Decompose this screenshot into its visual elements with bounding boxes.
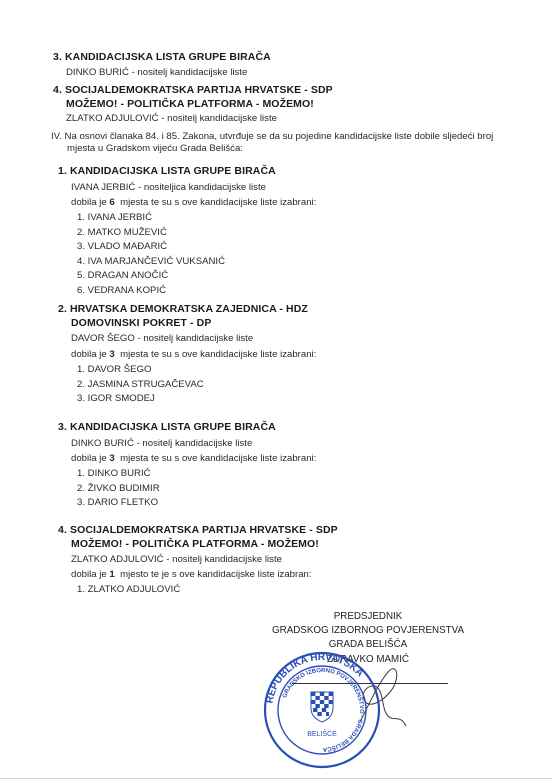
- top-list-4-holder: ZLATKO ADJULOVIĆ - nositelj kandidacijsk…: [66, 113, 277, 124]
- top-list-4-title-line1: 4. SOCIJALDEMOKRATSKA PARTIJA HRVATSKE -…: [53, 84, 333, 96]
- svg-text:BELIŠĆE: BELIŠĆE: [307, 729, 337, 738]
- elected-member: 1. ZLATKO ADJULOVIĆ: [77, 583, 180, 598]
- list-2-title-line2: DOMOVINSKI POKRET - DP: [71, 317, 211, 329]
- elected-member: 1. DAVOR ŠEGO: [77, 363, 204, 378]
- signature-body: GRADSKOG IZBORNOG POVJERENSTVA: [253, 624, 483, 638]
- elected-member: 2. JASMINA STRUGAČEVAC: [77, 378, 204, 393]
- elected-member: 5. DRAGAN ANOČIĆ: [77, 269, 225, 284]
- elected-member: 2. MATKO MUŽEVIĆ: [77, 226, 225, 241]
- elected-member: 6. VEDRANA KOPIĆ: [77, 284, 225, 299]
- list-2-elected: 1. DAVOR ŠEGO 2. JASMINA STRUGAČEVAC 3. …: [77, 363, 204, 407]
- list-4-elected: 1. ZLATKO ADJULOVIĆ: [77, 583, 180, 598]
- list-4-holder: ZLATKO ADJULOVIĆ - nositelj kandidacijsk…: [71, 554, 282, 565]
- list-3-seats: dobila je 3 mjesta te su s ove kandidaci…: [71, 453, 316, 464]
- list-2-holder: DAVOR ŠEGO - nositelj kandidacijske list…: [71, 333, 253, 344]
- section-iv-intro-line2: mjesta u Gradskom vijeću Grada Belišća:: [67, 143, 243, 154]
- signature-title: PREDSJEDNIK: [253, 610, 483, 624]
- list-2-seats: dobila je 3 mjesta te su s ove kandidaci…: [71, 349, 316, 360]
- elected-member: 4. IVA MARJANČEVIĆ VUKSANIĆ: [77, 255, 225, 270]
- list-1-seats: dobila je 6 mjesta te su s ove kandidaci…: [71, 197, 316, 208]
- elected-member: 3. VLADO MAĐARIĆ: [77, 240, 225, 255]
- list-4-seats: dobila je 1 mjesto te je s ove kandidaci…: [71, 569, 312, 580]
- top-list-3-title: 3. KANDIDACIJSKA LISTA GRUPE BIRAČA: [53, 51, 271, 63]
- list-4-title-line2: MOŽEMO! - POLITIČKA PLATFORMA - MOŽEMO!: [71, 538, 319, 550]
- elected-member: 1. DINKO BURIĆ: [77, 467, 160, 482]
- elected-member: 1. IVANA JERBIĆ: [77, 211, 225, 226]
- official-stamp-icon: REPUBLIKA HRVATSKA GRADSKO IZBORNO POVJE…: [262, 650, 382, 770]
- document-page: 3. KANDIDACIJSKA LISTA GRUPE BIRAČA DINK…: [0, 0, 552, 779]
- elected-member: 2. ŽIVKO BUDIMIR: [77, 482, 160, 497]
- list-4-title-line1: 4. SOCIJALDEMOKRATSKA PARTIJA HRVATSKE -…: [58, 524, 338, 536]
- elected-member: 3. DARIO FLETKO: [77, 496, 160, 511]
- top-list-4-title-line2: MOŽEMO! - POLITIČKA PLATFORMA - MOŽEMO!: [66, 98, 314, 110]
- section-iv-intro-line1: IV. Na osnovi članaka 84. i 85. Zakona, …: [51, 131, 493, 142]
- list-1-elected: 1. IVANA JERBIĆ 2. MATKO MUŽEVIĆ 3. VLAD…: [77, 211, 225, 299]
- list-1-holder: IVANA JERBIĆ - nositeljica kandidacijske…: [71, 182, 266, 193]
- elected-member: 3. IGOR SMODEJ: [77, 392, 204, 407]
- list-3-elected: 1. DINKO BURIĆ 2. ŽIVKO BUDIMIR 3. DARIO…: [77, 467, 160, 511]
- top-list-3-holder: DINKO BURIĆ - nositelj kandidacijske lis…: [66, 67, 247, 78]
- list-3-title: 3. KANDIDACIJSKA LISTA GRUPE BIRAČA: [58, 421, 276, 433]
- list-3-holder: DINKO BURIĆ - nositelj kandidacijske lis…: [71, 438, 252, 449]
- list-1-title: 1. KANDIDACIJSKA LISTA GRUPE BIRAČA: [58, 165, 276, 177]
- list-2-title-line1: 2. HRVATSKA DEMOKRATSKA ZAJEDNICA - HDZ: [58, 303, 308, 315]
